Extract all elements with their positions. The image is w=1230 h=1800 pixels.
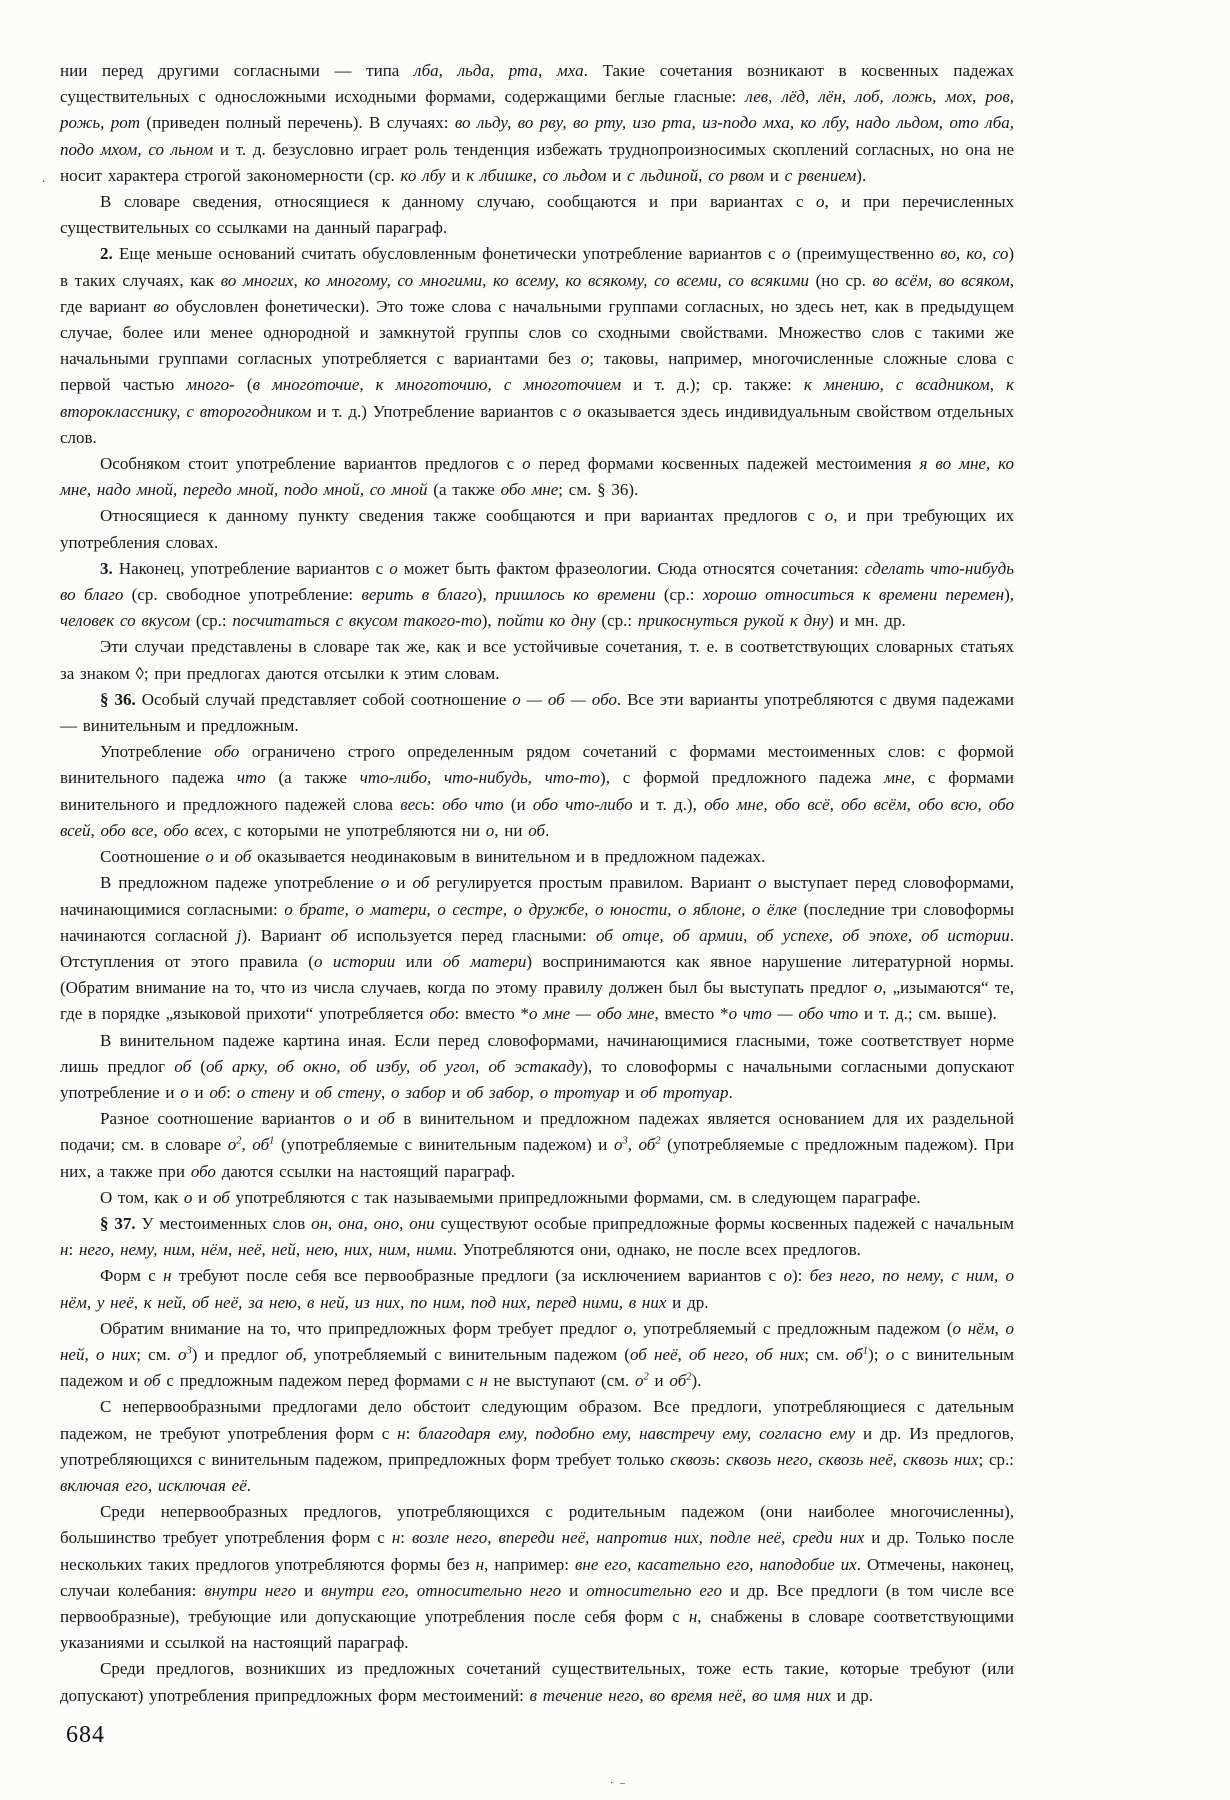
- text-run: 3.: [100, 559, 113, 578]
- text-run: и: [620, 1083, 641, 1102]
- text-run: Относящиеся к данному пункту сведения та…: [100, 506, 825, 525]
- text-run: (приведен полный перечень). В случаях:: [140, 113, 455, 132]
- text-run: и: [446, 166, 467, 185]
- text-run: об: [144, 1371, 161, 1390]
- text-run: об арку, об окно, об избу, об угол, об э…: [206, 1057, 582, 1076]
- text-run: У местоименных слов: [136, 1214, 311, 1233]
- text-run: и: [561, 1581, 586, 1600]
- text-run: об: [286, 1345, 303, 1364]
- body-text: нии перед другими согласными — типа лба,…: [60, 58, 1014, 1709]
- paragraph: Соотношение о и об оказывается неодинако…: [60, 844, 1014, 870]
- text-run: сквозь: [670, 1450, 715, 1469]
- text-run: :: [68, 1240, 79, 1259]
- text-run: (преимущественно: [790, 244, 940, 263]
- text-run: н: [476, 1555, 484, 1574]
- text-run: Разное соотношение вариантов: [100, 1109, 343, 1128]
- text-run: и др.: [831, 1686, 873, 1705]
- text-run: ,: [628, 1135, 639, 1154]
- paragraph: О том, как о и об употребляются с так на…: [60, 1185, 1014, 1211]
- text-run: .: [247, 1476, 251, 1495]
- text-run: существуют особые припредложные формы ко…: [435, 1214, 1014, 1233]
- text-run: об: [669, 1371, 686, 1390]
- text-run: во всём, во всяком: [873, 271, 1010, 290]
- text-run: (но ср.: [809, 271, 873, 290]
- text-run: о: [180, 1083, 189, 1102]
- text-run: и т. д.; см. выше).: [858, 1004, 997, 1023]
- text-run: 2.: [100, 244, 113, 263]
- scanned-page: . нии перед другими согласными — типа лб…: [0, 0, 1230, 1800]
- text-run: Особняком стоит употребление вариантов п…: [100, 454, 522, 473]
- text-run: благодаря ему, подобно ему, навстречу ем…: [418, 1424, 855, 1443]
- paragraph: С непервообразными предлогами дело обсто…: [60, 1394, 1014, 1499]
- text-run: О том, как: [100, 1188, 184, 1207]
- text-run: (: [191, 1057, 206, 1076]
- paragraph: Относящиеся к данному пункту сведения та…: [60, 503, 1014, 555]
- text-run: (а также: [266, 768, 360, 787]
- text-run: § 37.: [100, 1214, 136, 1233]
- text-run: со рвом: [708, 166, 764, 185]
- text-run: с рвением: [785, 166, 857, 185]
- text-run: в течение него, во время неё, во имя них: [530, 1686, 831, 1705]
- text-run: (ср.:: [656, 585, 703, 604]
- text-run: : вместо *: [455, 1004, 530, 1023]
- text-run: может быть фактом фразеологии. Сюда отно…: [398, 559, 865, 578]
- paragraph: Среди предлогов, возникших из предложных…: [60, 1656, 1014, 1708]
- text-run: с предложным падежом перед формами с: [161, 1371, 480, 1390]
- text-run: Еще меньше оснований считать обусловленн…: [113, 244, 782, 263]
- text-run: ), с формой предложного падежа: [600, 768, 884, 787]
- scan-margin-artifact: .: [42, 170, 45, 186]
- text-run: и т. д.),: [633, 795, 705, 814]
- text-run: :: [400, 1528, 412, 1547]
- paragraph: 3. Наконец, употребление вариантов с о м…: [60, 556, 1014, 635]
- paragraph: Особняком стоит употребление вариантов п…: [60, 451, 1014, 503]
- text-run: о: [228, 1135, 237, 1154]
- text-run: (ср.:: [596, 611, 638, 630]
- scan-bottom-artifact: · –: [610, 1778, 627, 1789]
- text-run: В предложном падеже употребление: [100, 873, 381, 892]
- text-run: него, нему, ним, нём, неё, ней, нею, них…: [79, 1240, 453, 1259]
- text-run: и т. д.) Употребление вариантов с: [311, 402, 572, 421]
- text-run: пришлось ко времени: [495, 585, 656, 604]
- text-run: ),: [1004, 585, 1014, 604]
- paragraph: В словаре сведения, относящиеся к данном…: [60, 189, 1014, 241]
- text-run: и: [764, 166, 785, 185]
- text-run: обо что-либо: [533, 795, 633, 814]
- paragraph: § 37. У местоименных слов он, она, оно, …: [60, 1211, 1014, 1263]
- paragraph: В предложном падеже употребление о и об …: [60, 870, 1014, 1027]
- text-run: об тротуар: [640, 1083, 728, 1102]
- text-run: об: [331, 926, 348, 945]
- text-run: обо: [429, 1004, 454, 1023]
- text-run: используется перед гласными:: [347, 926, 596, 945]
- text-run: ):: [792, 1266, 810, 1285]
- text-run: , вместо *: [655, 1004, 729, 1023]
- text-run: :: [226, 1083, 237, 1102]
- text-run: Обратим внимание на то, что припредложны…: [100, 1319, 624, 1338]
- text-run: о: [343, 1109, 352, 1128]
- text-run: о: [522, 454, 531, 473]
- text-run: о: [205, 847, 214, 866]
- text-run: . Употребляются они, однако, не после вс…: [453, 1240, 861, 1259]
- text-run: об: [378, 1109, 395, 1128]
- text-run: (употребляемые с винительным падежом) и: [274, 1135, 614, 1154]
- text-run: вне его, касательно его, наподобие их: [575, 1555, 857, 1574]
- text-run: (ср.:: [190, 611, 232, 630]
- text-run: и: [189, 1083, 210, 1102]
- text-run: и: [296, 1581, 321, 1600]
- text-run: об: [252, 1135, 269, 1154]
- text-run: о истории: [314, 952, 395, 971]
- paragraph: Эти случаи представлены в словаре так же…: [60, 634, 1014, 686]
- text-run: , ни: [494, 821, 528, 840]
- text-run: о: [389, 559, 398, 578]
- text-run: с льдиной: [627, 166, 698, 185]
- text-run: обо: [214, 742, 239, 761]
- paragraph: Форм с н требуют после себя все первообр…: [60, 1263, 1014, 1315]
- text-run: ),: [482, 611, 498, 630]
- text-run: о: [886, 1345, 895, 1364]
- text-run: н: [479, 1371, 487, 1390]
- text-run: об стену: [315, 1083, 381, 1102]
- text-run: , например:: [484, 1555, 575, 1574]
- text-run: н: [397, 1424, 405, 1443]
- text-run: об: [846, 1345, 863, 1364]
- text-run: обо что: [442, 795, 503, 814]
- text-run: и др.: [666, 1293, 708, 1312]
- text-run: он, она, оно, они: [311, 1214, 435, 1233]
- text-run: прикоснуться рукой к дну: [638, 611, 828, 630]
- text-run: со льдом: [543, 166, 607, 185]
- text-run: об: [209, 1083, 226, 1102]
- text-run: об: [234, 847, 251, 866]
- text-run: об неё, об него, об них: [630, 1345, 804, 1364]
- text-run: ; см. § 36).: [558, 480, 638, 499]
- text-run: даются ссылки на настоящий параграф.: [216, 1162, 515, 1181]
- paragraph: 2. Еще меньше оснований считать обусловл…: [60, 241, 1014, 451]
- text-run: посчитаться с вкусом такого-то: [232, 611, 481, 630]
- text-run: и: [352, 1109, 378, 1128]
- text-run: обо мне: [501, 480, 559, 499]
- text-run: ),: [477, 585, 495, 604]
- text-run: относительно него: [417, 1581, 561, 1600]
- text-run: и: [389, 873, 412, 892]
- text-run: ; см.: [804, 1345, 846, 1364]
- text-run: перед формами косвенных падежей местоиме…: [531, 454, 920, 473]
- text-run: , с которыми не употребляются ни: [224, 821, 486, 840]
- text-run: о: [758, 873, 767, 892]
- text-run: хорошо относиться к времени перемен: [703, 585, 1004, 604]
- text-run: ,: [381, 1083, 391, 1102]
- text-run: В словаре сведения, относящиеся к данном…: [100, 192, 816, 211]
- text-run: нии перед другими согласными — типа: [60, 61, 414, 80]
- text-run: Наконец, употребление вариантов с: [113, 559, 389, 578]
- text-run: об: [412, 873, 429, 892]
- text-run: о: [486, 821, 495, 840]
- text-run: (: [235, 375, 253, 394]
- paragraph: В винительном падеже картина иная. Если …: [60, 1028, 1014, 1107]
- text-run: ). Вариант: [242, 926, 331, 945]
- text-run: употребляются с так называемыми припредл…: [230, 1188, 921, 1207]
- text-run: и т. д.); ср. также:: [621, 375, 804, 394]
- text-run: о: [783, 1266, 792, 1285]
- text-run: относительно его: [586, 1581, 722, 1600]
- text-run: о: [874, 978, 883, 997]
- text-run: человек со вкусом: [60, 611, 190, 630]
- text-run: во многих, ко многому, со многими, ко вс…: [221, 271, 809, 290]
- text-run: о забор: [391, 1083, 446, 1102]
- text-run: , употребляемый с винительным падежом (: [303, 1345, 630, 1364]
- text-run: и: [294, 1083, 315, 1102]
- text-run: регулируется простым правилом. Вариант: [429, 873, 758, 892]
- paragraph: нии перед другими согласными — типа лба,…: [60, 58, 1014, 189]
- text-run: и: [446, 1083, 467, 1102]
- text-run: об отце, об армии, об успехе, об эпохе, …: [596, 926, 1010, 945]
- text-run: );: [868, 1345, 886, 1364]
- text-run: ).: [856, 166, 866, 185]
- text-run: Соотношение: [100, 847, 205, 866]
- text-run: н: [163, 1266, 171, 1285]
- text-run: и: [649, 1371, 670, 1390]
- text-run: Эти случаи представлены в словаре так же…: [60, 637, 1014, 682]
- text-run: об: [639, 1135, 656, 1154]
- text-run: об матери: [443, 952, 526, 971]
- text-run: ко лбу: [401, 166, 446, 185]
- paragraph: Разное соотношение вариантов о и об в ви…: [60, 1106, 1014, 1185]
- text-run: об забор: [466, 1083, 529, 1102]
- text-run: во: [153, 297, 169, 316]
- text-run: оказывается неодинаковым в винительном и…: [251, 847, 765, 866]
- text-run: о: [581, 349, 590, 368]
- text-run: о — об — обо: [512, 690, 617, 709]
- text-run: ) и предлог: [192, 1345, 286, 1364]
- text-run: .: [729, 1083, 733, 1102]
- text-run: о мне — обо мне: [529, 1004, 655, 1023]
- text-run: , употребляемый с предложным падежом (: [632, 1319, 952, 1338]
- text-run: включая его, исключая её: [60, 1476, 247, 1495]
- text-run: § 36.: [100, 690, 136, 709]
- text-run: о: [816, 192, 825, 211]
- text-run: о что — обо что: [729, 1004, 859, 1023]
- text-run: обо: [191, 1162, 216, 1181]
- text-run: .: [545, 821, 549, 840]
- text-run: Форм с: [100, 1266, 163, 1285]
- text-run: и: [606, 166, 627, 185]
- text-run: ,: [404, 1581, 416, 1600]
- text-run: или: [395, 952, 443, 971]
- text-run: ,: [241, 1135, 252, 1154]
- text-run: мне: [884, 768, 911, 787]
- text-run: требуют после себя все первообразные пре…: [172, 1266, 784, 1285]
- text-run: о стену: [237, 1083, 295, 1102]
- text-run: ) и мн. др.: [828, 611, 906, 630]
- text-run: внутри него: [204, 1581, 296, 1600]
- text-run: и: [214, 847, 235, 866]
- paragraph: Обратим внимание на то, что припредложны…: [60, 1316, 1014, 1395]
- text-run: о: [825, 506, 834, 525]
- text-run: (и: [504, 795, 533, 814]
- text-run: лба, льда, рта, мха: [414, 61, 584, 80]
- text-run: возле него, впереди неё, напротив них, п…: [412, 1528, 864, 1547]
- text-run: н: [689, 1607, 697, 1626]
- page-number: 684: [66, 1722, 105, 1749]
- text-run: (ср. свободное употребление:: [123, 585, 361, 604]
- text-run: н: [392, 1528, 400, 1547]
- text-run: не выступают (см.: [488, 1371, 635, 1390]
- text-run: Употребление: [100, 742, 214, 761]
- text-run: что: [237, 768, 266, 787]
- text-run: ; ср.:: [978, 1450, 1014, 1469]
- text-run: верить в благо: [361, 585, 476, 604]
- text-run: много-: [186, 375, 235, 394]
- text-run: :: [406, 1424, 419, 1443]
- text-run: и: [192, 1188, 213, 1207]
- text-run: о тротуар: [540, 1083, 620, 1102]
- text-run: что-либо, что-нибудь, что-то: [360, 768, 600, 787]
- text-run: об: [213, 1188, 230, 1207]
- text-run: :: [430, 795, 442, 814]
- paragraph: § 36. Особый случай представляет собой с…: [60, 687, 1014, 739]
- text-run: о брате, о матери, о сестре, о дружбе, о…: [284, 900, 797, 919]
- paragraph: Употребление обо ограничено строго опред…: [60, 739, 1014, 844]
- text-run: (а также: [428, 480, 501, 499]
- text-run: сквозь него, сквозь неё, сквозь них: [726, 1450, 979, 1469]
- text-run: Особый случай представляет собой соотнош…: [136, 690, 513, 709]
- text-run: пойти ко дну: [497, 611, 595, 630]
- text-run: :: [715, 1450, 726, 1469]
- text-run: об: [528, 821, 545, 840]
- text-run: в многоточие, к многоточию, с многоточие…: [253, 375, 622, 394]
- text-run: ,: [698, 166, 708, 185]
- text-run: внутри его: [321, 1581, 404, 1600]
- text-run: к лбишке: [466, 166, 532, 185]
- text-run: весь: [400, 795, 430, 814]
- text-run: ).: [692, 1371, 702, 1390]
- text-run: ,: [530, 1083, 540, 1102]
- paragraph: Среди непервообразных предлогов, употреб…: [60, 1499, 1014, 1656]
- text-run: ,: [533, 166, 543, 185]
- text-run: ; см.: [136, 1345, 178, 1364]
- text-run: во, ко, со: [940, 244, 1008, 263]
- text-run: об: [174, 1057, 191, 1076]
